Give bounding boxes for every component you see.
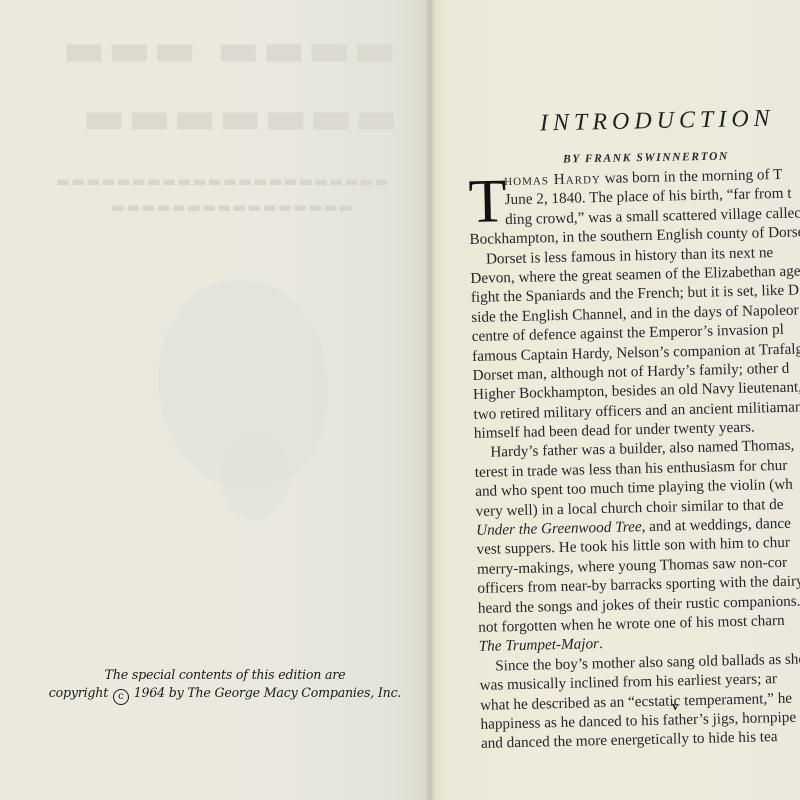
copyright-notice: The special contents of this edition are… [30, 666, 420, 705]
copyright-holder: 1964 by The George Macy Companies, Inc. [134, 685, 402, 700]
page-number: v [672, 698, 679, 714]
show-through-illustration-detail [220, 430, 290, 520]
introduction-body: T homas Hardy was born in the morning of… [468, 162, 800, 753]
left-page: ▬▬▬▬ ▬▬▬ ▬▬▬▬▬▬▬ ▬▬▬▬▬▬▬▬▬▬▬▬▬▬▬▬▬▬▬▬▬▬ … [0, 0, 430, 800]
show-through-title-line-2: ▬▬▬▬▬▬▬ [80, 90, 398, 144]
chapter-title: INTRODUCTION [540, 106, 775, 138]
copyright-word: copyright [49, 685, 108, 700]
book-title-trumpet-major: The Trumpet-Major [479, 636, 600, 656]
show-through-title-line-1: ▬▬▬▬ ▬▬▬ [60, 22, 396, 76]
book-gutter [425, 0, 435, 800]
drop-cap: T [468, 175, 507, 228]
copyright-symbol-icon: c [113, 689, 129, 705]
show-through-subtitle-line-1: ▬▬▬▬▬▬▬▬▬▬▬▬▬▬▬▬▬▬▬▬▬▬ [55, 172, 389, 190]
copyright-line-2: copyright c 1964 by The George Macy Comp… [30, 684, 420, 705]
show-through-subtitle-line-2: ▬▬▬▬▬▬▬▬▬▬▬▬▬▬▬▬ [110, 198, 353, 216]
book-title-greenwood: Under the Greenwood Tree [476, 518, 642, 539]
copyright-line-1: The special contents of this edition are [30, 666, 420, 684]
open-book-spread: ▬▬▬▬ ▬▬▬ ▬▬▬▬▬▬▬ ▬▬▬▬▬▬▬▬▬▬▬▬▬▬▬▬▬▬▬▬▬▬ … [0, 0, 800, 800]
